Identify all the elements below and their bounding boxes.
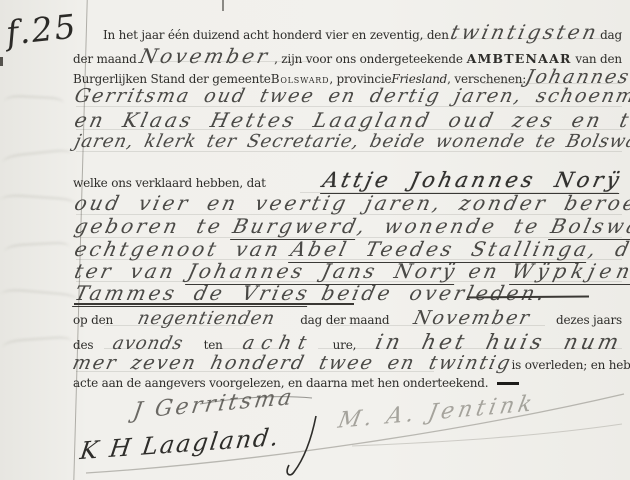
printed-text: ure, (333, 338, 357, 352)
act-line-4: Gerritsma oud twee en dertig jaren, scho… (75, 85, 622, 107)
handwritten-text: geboren te (72, 214, 226, 238)
act-line-16: mer zeven honderd twee en twintig is ove… (73, 352, 622, 374)
printed-text: van den (575, 52, 622, 66)
handwritten-text: en (466, 259, 502, 283)
printed-text: des (73, 338, 93, 352)
closing-dash (74, 303, 354, 305)
signature-declarant-1: J Gerritsma (131, 385, 296, 425)
printed-text: , zijn voor ons ondergeteekende (274, 52, 463, 66)
scan-mark (0, 57, 3, 66)
house-number-part: in het huis num (374, 330, 625, 354)
signature-declarant-2: K H Laagland. (78, 423, 282, 465)
handwritten-text: , wonende te (355, 214, 543, 238)
bleedthrough-mark (0, 193, 76, 210)
closing-dash (497, 382, 519, 385)
printed-text: op den (73, 313, 113, 327)
act-line-6: jaren, klerk ter Secretarie, beide wonen… (75, 131, 622, 152)
printed-text: Burgerlijken Stand der gemeente (73, 72, 271, 86)
handwritten-text: beide overleden. (319, 281, 549, 305)
death-daypart: avonds (111, 333, 186, 354)
bleedthrough-mark (2, 148, 73, 167)
handwritten-day: twintigsten (448, 20, 601, 44)
bleedthrough-mark (4, 94, 65, 109)
handwritten-text: en Klaas Hettes Laagland oud zes en twin… (72, 108, 630, 132)
printed-text: dag (600, 28, 622, 42)
death-hour: acht (240, 332, 315, 354)
printed-text: dezes jaars (556, 313, 622, 327)
printed-text-ambtenaar: AMBTENAAR (467, 51, 572, 66)
signature-paraph (287, 416, 316, 475)
signature-registrar: M. A. Jentink (336, 391, 538, 434)
act-line-15: des avonds ten acht ure, in het huis num (73, 330, 622, 354)
handwritten-text: Gerritsma oud twee en dertig jaren, scho… (72, 85, 630, 107)
handwritten-text: echtgenoot van (72, 237, 284, 261)
printed-municipality: Bolsward (271, 72, 330, 86)
act-line-14: op den negentienden dag der maand Novemb… (73, 307, 622, 329)
bleedthrough-mark (2, 336, 73, 353)
bleedthrough-mark (0, 288, 78, 307)
handwritten-text: , doch- (586, 237, 630, 261)
house-number-part: mer zeven honderd twee en twintig (70, 352, 514, 374)
act-line-1: In het jaar één duizend acht honderd vie… (103, 20, 622, 44)
handwritten-text: ter van (72, 259, 178, 283)
act-line-8: oud vier en veertig jaren, zonder beroep… (75, 191, 622, 215)
folio-mark: f.25 (4, 6, 79, 52)
death-month: November (412, 307, 534, 329)
scan-mark (222, 0, 224, 11)
death-record-scan: f.25 In het jaar één duizend acht honder… (0, 0, 630, 480)
act-line-5: en Klaas Hettes Laagland oud zes en twin… (75, 108, 622, 132)
printed-text: , provincie (329, 72, 391, 86)
handwritten-month: November (138, 44, 273, 68)
printed-text: ten (204, 338, 223, 352)
printed-text: is overleden; en hebben wij deze (512, 358, 630, 372)
printed-text: In het jaar één duizend acht honderd vie… (103, 28, 449, 42)
printed-text: der maand (73, 52, 137, 66)
act-line-17: acte aan de aangevers voorgelezen, en da… (73, 376, 622, 390)
handwritten-text: oud vier en veertig jaren, zonder beroep… (72, 191, 630, 215)
printed-text: welke ons verklaard hebben, dat (73, 176, 266, 190)
printed-text: , verschenen: (447, 72, 526, 86)
act-line-2: der maand November , zijn voor ons onder… (73, 44, 622, 68)
printed-province: Friesland (391, 72, 447, 86)
handwritten-text: jaren, klerk ter Secretarie, beide wonen… (73, 131, 630, 152)
death-day: negentienden (136, 308, 278, 329)
bleedthrough-mark (4, 241, 71, 256)
printed-text: dag der maand (300, 313, 389, 327)
